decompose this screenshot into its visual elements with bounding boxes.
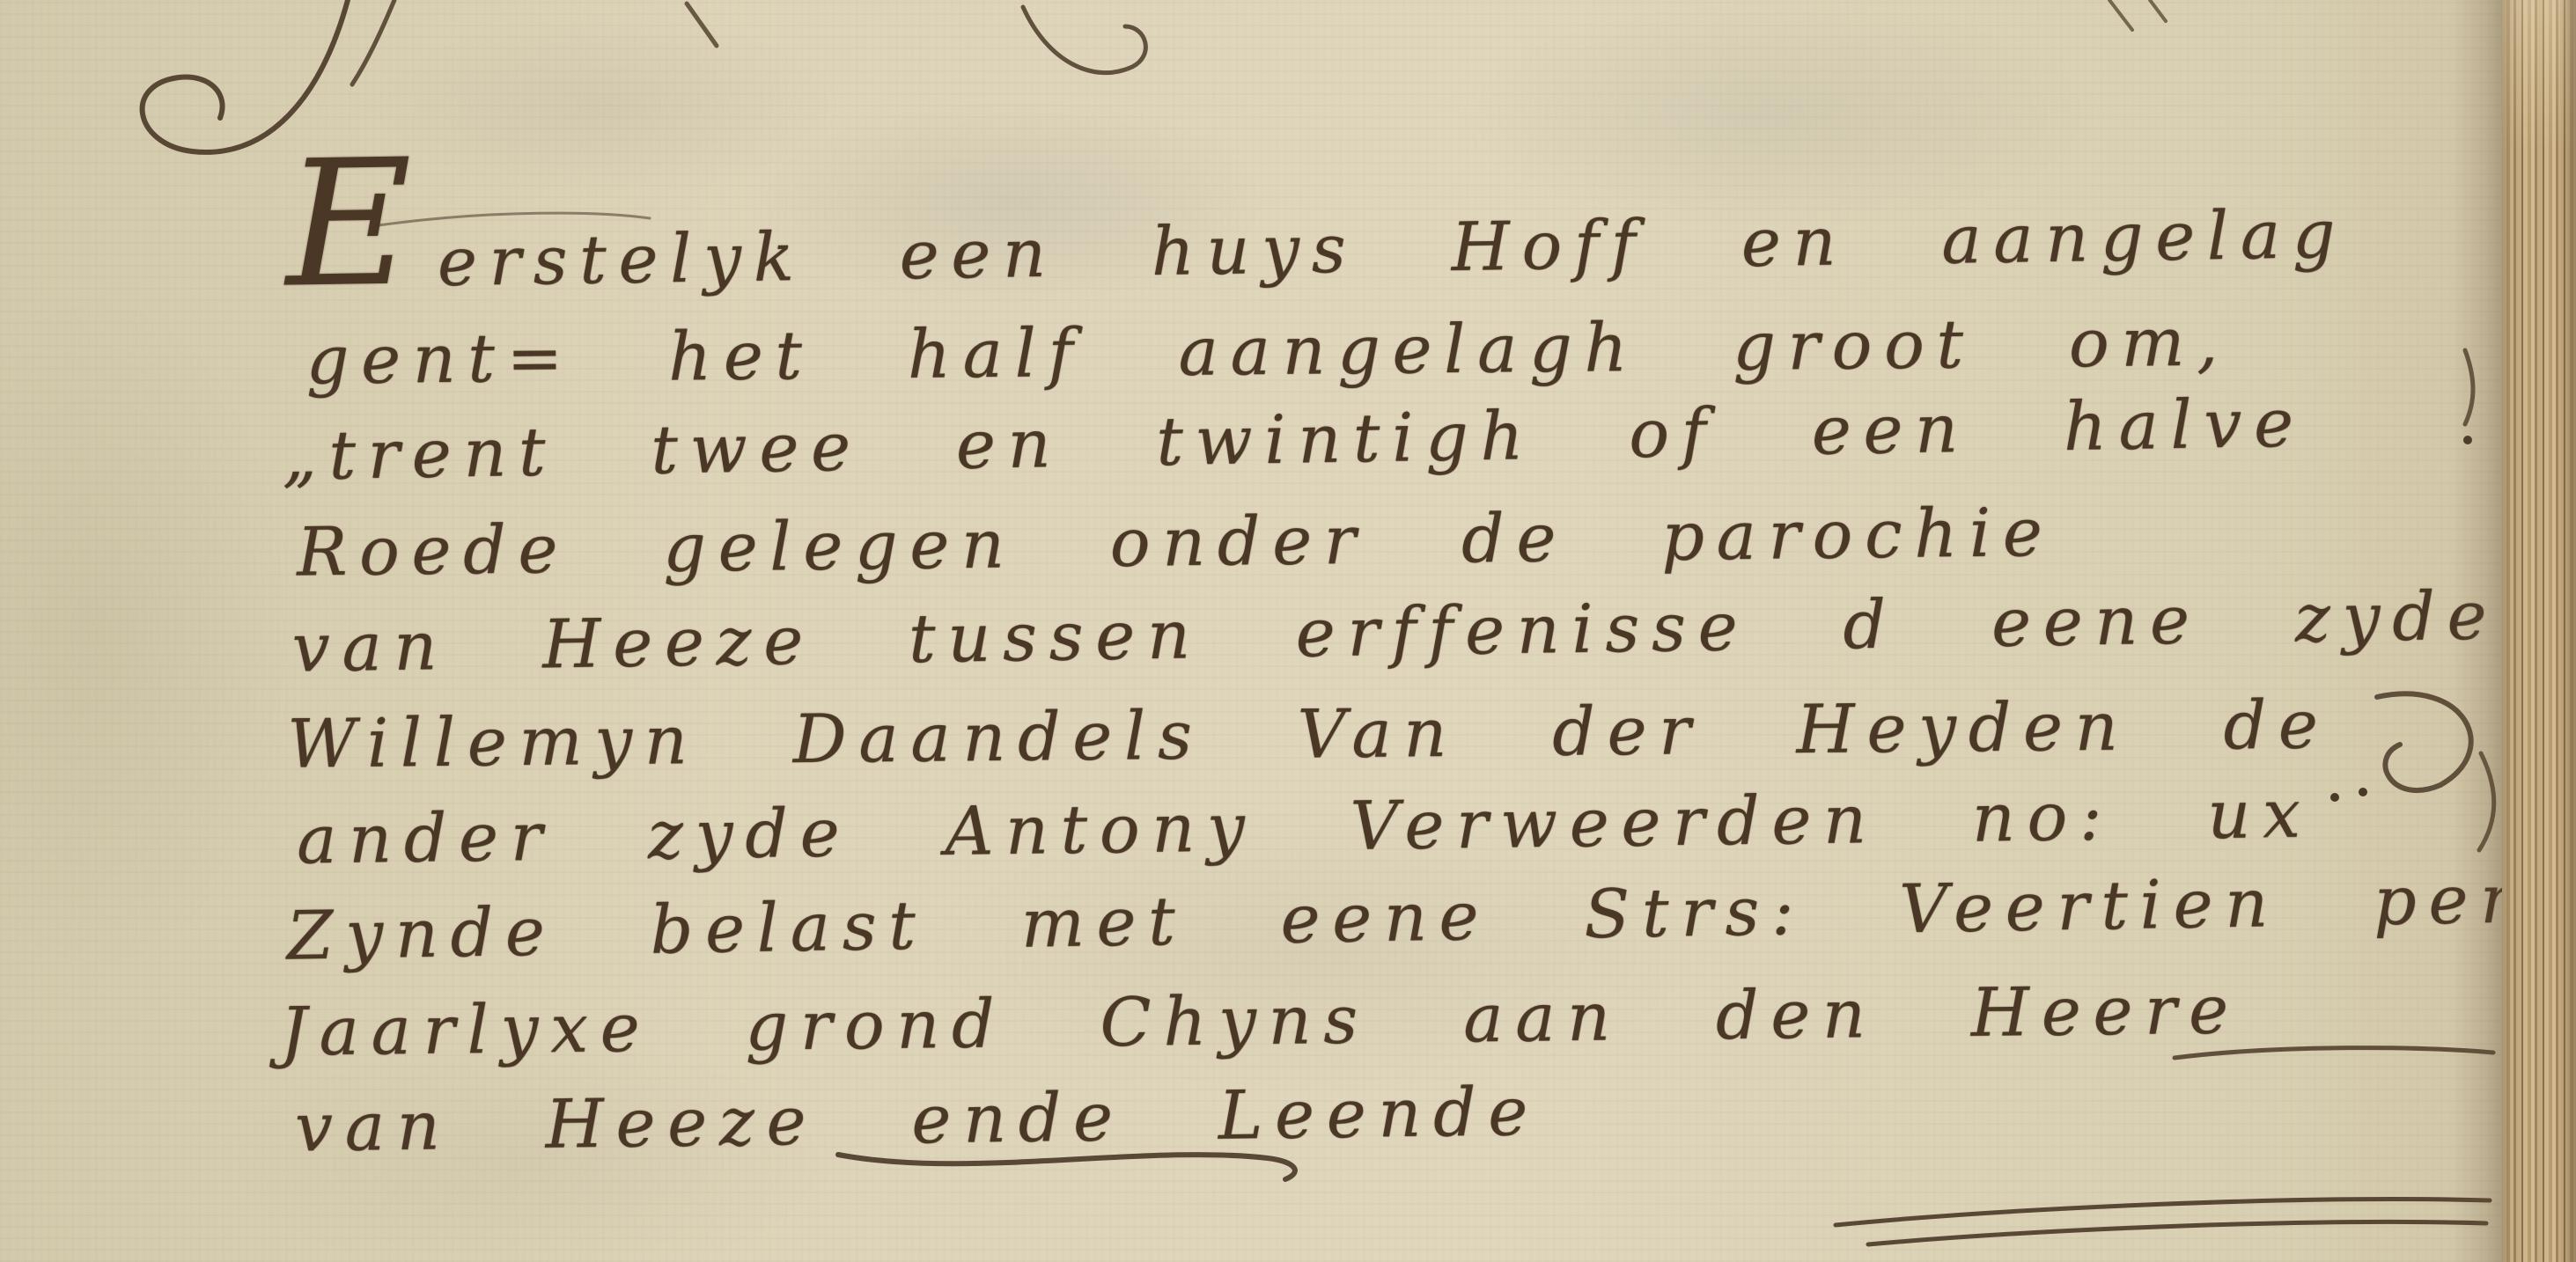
ink-flourish-top-left-2 (352, 0, 394, 84)
manuscript-text-block: Eerstelyk een huys Hoff en aangelag gent… (290, 202, 2470, 1175)
book-page-edge (2502, 0, 2576, 1262)
ink-flourish-top-curl (1023, 7, 1145, 73)
closing-rule-top (1836, 1200, 2490, 1225)
manuscript-line-1: Eerstelyk een huys Hoff en aangelag (289, 184, 2464, 312)
ink-flourish-top-mid (687, 4, 717, 46)
closing-rule-bottom (1868, 1222, 2486, 1244)
manuscript-page: Eerstelyk een huys Hoff en aangelag gent… (0, 0, 2576, 1262)
ink-flourish-top-right (2109, 0, 2166, 30)
book-gutter-shadow (2451, 0, 2502, 1262)
